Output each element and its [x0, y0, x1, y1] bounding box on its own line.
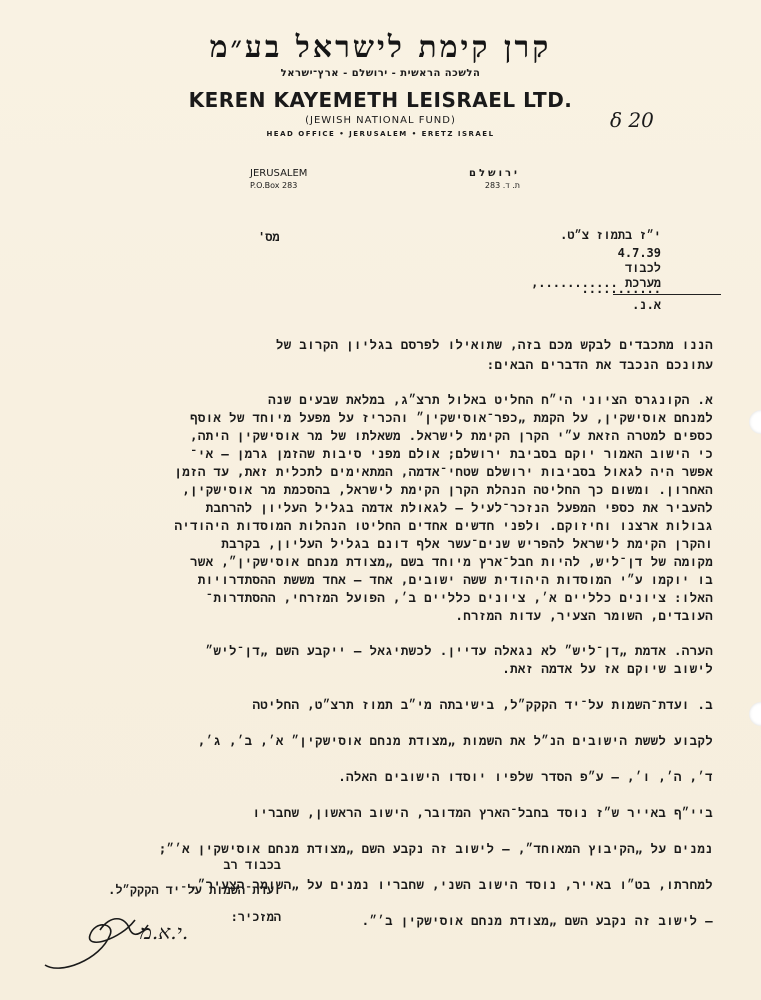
address-hebrew-city: ירושלם [430, 168, 520, 179]
body-line: כספים למטרה הזאת ע״י הקרן הקימת לישראל. … [190, 428, 713, 444]
body-line: – לישוב זה נקבע השם „מצודת מנחם אוסישקין… [362, 913, 713, 929]
address-english: JERUSALEM P.O.Box 283 [250, 168, 307, 190]
body-line: בו יוקמו ע״י המוסדות היהודית ששה ישובים,… [198, 572, 713, 588]
body-line: למנחם אוסישקין, על הקמת „כפר־אוסישקין״ ו… [190, 410, 713, 426]
greeting: א.נ. [632, 298, 661, 313]
body-line: כי הישוב האמור יוקם בסביבת ירושלם; אולם … [190, 446, 713, 462]
body-line: והקרן הקימת לישראל להפריש שנים־עשר אלף ד… [221, 536, 713, 552]
body-line: הערה. אדמת „דן־ליש״ לא נגאלה עדיין. לכשת… [206, 643, 713, 659]
body-line: מקומה של דן־ליש, להיות חבל־ארץ מיוחד בשם… [190, 554, 713, 570]
hebrew-date: י״ז בתמוז צ״ט. [560, 228, 661, 243]
letterhead-hebrew-title: קרן קימת לישראל בע״מ [0, 30, 761, 65]
body-line: הננו מתכבדים לבקש מכם בזה, שתואילו לפרסם… [276, 337, 713, 353]
date: 4.7.39 [618, 246, 661, 261]
body-line: ביי״ף באייר ש״ז נוסד בחבל־הארץ המדובר, ה… [252, 805, 713, 821]
body-line: ד׳, ה׳, ו׳, – ע״פ הסדר שלפיו יוסדו הישוב… [338, 769, 713, 785]
body-line: לקבוע לששת הישובים הנ״ל את השמות „מצודת … [198, 733, 713, 749]
letterhead-hebrew-subtitle: הלשכה הראשית - ירושלם - ארץ־ישראל [0, 68, 761, 79]
body-line: עתונכם הנכבד את הדברים הבאים: [487, 357, 713, 373]
closing-regards: בכבוד רב [223, 858, 281, 873]
hole-punch-bottom [749, 702, 761, 726]
secretary-label: המזכיר: [231, 910, 281, 925]
address-hebrew-box: ת. ד. 283 [430, 181, 520, 190]
closing-committee: ועדת־השמות על־יד הקקק״ל. [108, 883, 281, 898]
address-hebrew: ירושלם ת. ד. 283 [430, 168, 520, 190]
handwritten-note: δ 20 [610, 108, 654, 132]
reference-number-label: מס' [258, 230, 280, 245]
body-line: האחרון. ומשום כך החליטה הנהלת הקרן הקימת… [182, 482, 713, 498]
body-line: לישוב שיוקם אז על אדמה זאת. [502, 661, 713, 677]
letter-page: קרן קימת לישראל בע״מ הלשכה הראשית - ירוש… [0, 0, 761, 1000]
body-line: האלו: ציונים כלליים א׳, ציונים כלליים ב׳… [206, 590, 713, 606]
hole-punch-top [749, 410, 761, 434]
body-line: העובדים, השומר הצעיר, עדות המזרח. [455, 608, 713, 624]
address-english-city: JERUSALEM [250, 168, 307, 179]
body-line: להעביר את כספי המפעל הנזכר־לעיל – לגאולת… [206, 500, 713, 516]
header-underline [613, 294, 721, 295]
body-line: א. הקונגרס הציוני הי״ח החליט באלול תרצ״ג… [268, 392, 713, 408]
body-line: גבולות ארצנו וחיזוקם. ולפני חדשים אחדים … [174, 518, 713, 534]
to-label: לכבוד [625, 261, 661, 276]
body-line: נמנים על „הקיבוץ המאוחד״, – לישוב זה נקב… [159, 841, 713, 857]
body-line: ב. ועדת־השמות על־יד הקקק״ל, בישיבתה מי״ב… [252, 697, 713, 713]
body-line: אפשר היה לגאול בסביבות ירושלם שטחי־אדמה,… [174, 464, 713, 480]
signature-scribble [40, 905, 150, 975]
address-english-box: P.O.Box 283 [250, 181, 307, 190]
